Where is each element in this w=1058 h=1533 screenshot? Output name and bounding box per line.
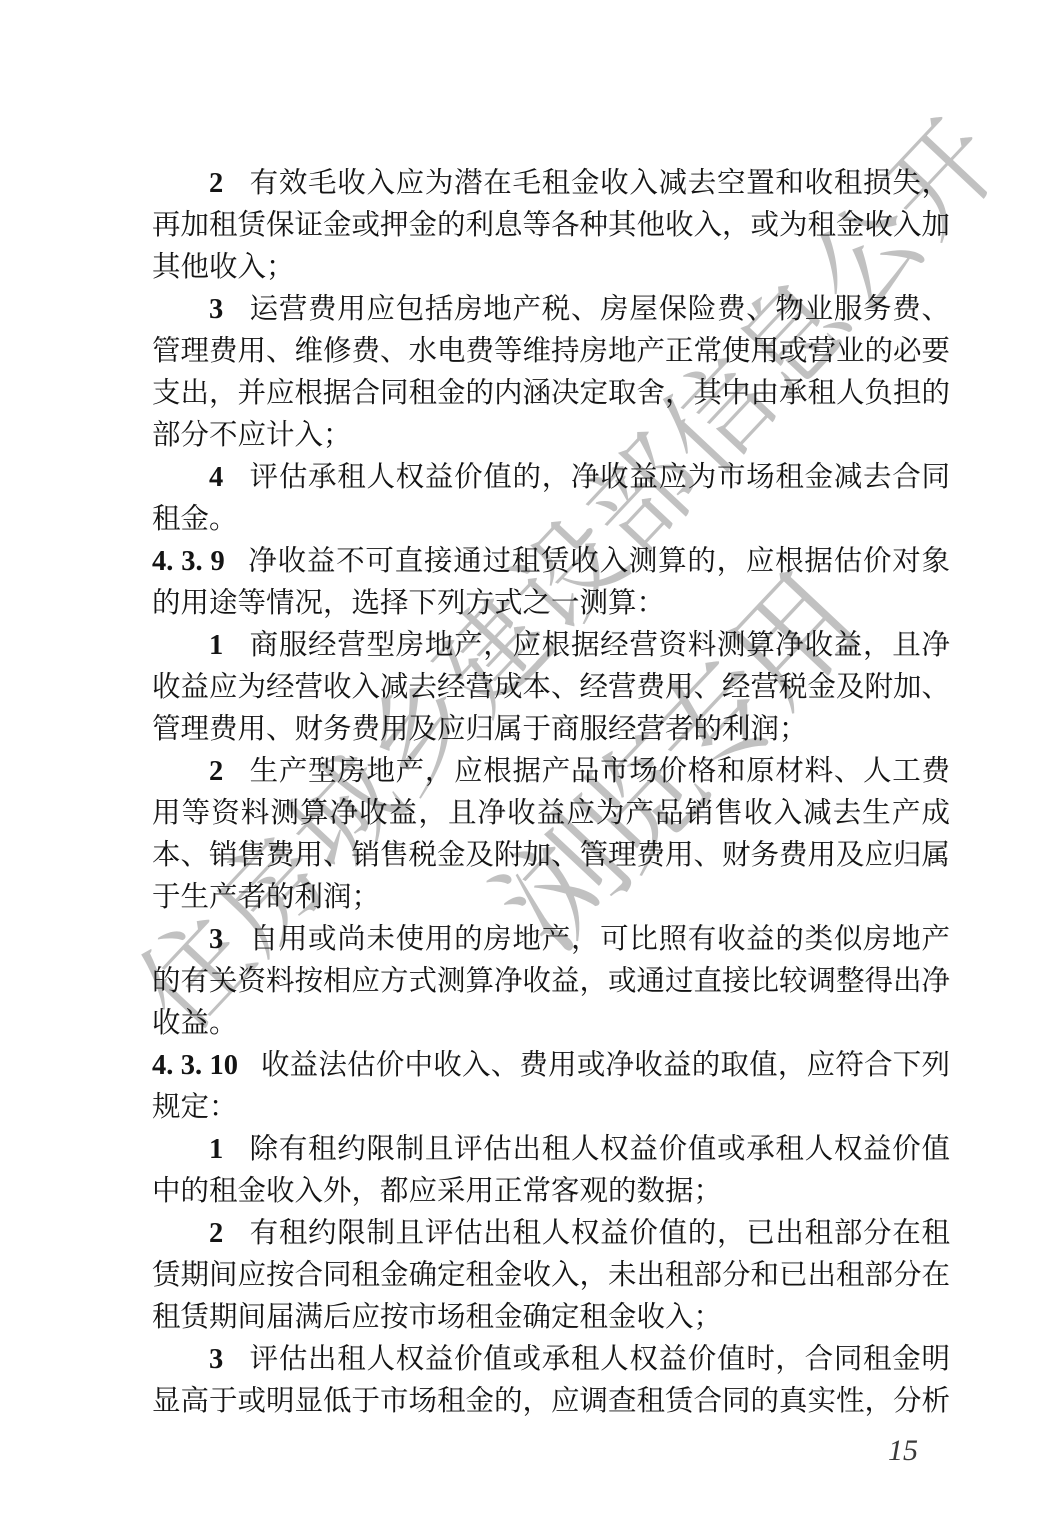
- paragraph-item: 2有租约限制且评估出租人权益价值的，已出租部分在租赁期间应按合同租金确定租金收入…: [152, 1213, 950, 1339]
- item-number: 3: [209, 924, 223, 955]
- item-number: 1: [209, 630, 223, 661]
- paragraph-text: 有效毛收入应为潜在毛租金收入减去空置和收租损失，再加租赁保证金或押金的利息等各种…: [152, 168, 950, 283]
- item-number: 4: [209, 462, 223, 493]
- paragraph-item: 3评估出租人权益价值或承租人权益价值时，合同租金明显高于或明显低于市场租金的，应…: [152, 1339, 950, 1423]
- paragraph-item: 3运营费用应包括房地产税、房屋保险费、物业服务费、管理费用、维修费、水电费等维持…: [152, 289, 950, 457]
- paragraph-text: 收益法估价中收入、费用或净收益的取值，应符合下列规定：: [152, 1050, 950, 1123]
- paragraph-item: 3自用或尚未使用的房地产，可比照有收益的类似房地产的有关资料按相应方式测算净收益…: [152, 919, 950, 1045]
- paragraph-item: 1除有租约限制且评估出租人权益价值或承租人权益价值中的租金收入外，都应采用正常客…: [152, 1129, 950, 1213]
- paragraph-item: 1商服经营型房地产，应根据经营资料测算净收益，且净收益应为经营收入减去经营成本、…: [152, 625, 950, 751]
- paragraph-text: 自用或尚未使用的房地产，可比照有收益的类似房地产的有关资料按相应方式测算净收益，…: [152, 924, 950, 1039]
- item-number: 2: [209, 756, 223, 787]
- section-number: 4. 3. 9: [152, 546, 225, 577]
- document-text-block: 2有效毛收入应为潜在毛租金收入减去空置和收租损失，再加租赁保证金或押金的利息等各…: [152, 163, 950, 1423]
- item-number: 3: [209, 1344, 223, 1375]
- document-page: { "watermark": { "line1": "住房城乡建设部信息公开",…: [0, 0, 1058, 1533]
- paragraph-text: 评估出租人权益价值或承租人权益价值时，合同租金明显高于或明显低于市场租金的，应调…: [152, 1344, 950, 1417]
- paragraph-text: 运营费用应包括房地产税、房屋保险费、物业服务费、管理费用、维修费、水电费等维持房…: [152, 294, 950, 451]
- paragraph-text: 商服经营型房地产，应根据经营资料测算净收益，且净收益应为经营收入减去经营成本、经…: [152, 630, 950, 745]
- item-number: 2: [209, 1218, 223, 1249]
- item-number: 1: [209, 1134, 223, 1165]
- paragraph-item: 2生产型房地产，应根据产品市场价格和原材料、人工费用等资料测算净收益，且净收益应…: [152, 751, 950, 919]
- item-number: 2: [209, 168, 223, 199]
- item-number: 3: [209, 294, 223, 325]
- paragraph-section-4-3-10: 4. 3. 10收益法估价中收入、费用或净收益的取值，应符合下列规定：: [152, 1045, 950, 1129]
- paragraph-item: 4评估承租人权益价值的，净收益应为市场租金减去合同租金。: [152, 457, 950, 541]
- paragraph-text: 有租约限制且评估出租人权益价值的，已出租部分在租赁期间应按合同租金确定租金收入，…: [152, 1218, 950, 1333]
- paragraph-item: 2有效毛收入应为潜在毛租金收入减去空置和收租损失，再加租赁保证金或押金的利息等各…: [152, 163, 950, 289]
- paragraph-text: 除有租约限制且评估出租人权益价值或承租人权益价值中的租金收入外，都应采用正常客观…: [152, 1134, 950, 1207]
- page-number: 15: [888, 1434, 918, 1468]
- paragraph-text: 评估承租人权益价值的，净收益应为市场租金减去合同租金。: [152, 462, 950, 535]
- paragraph-text: 生产型房地产，应根据产品市场价格和原材料、人工费用等资料测算净收益，且净收益应为…: [152, 756, 950, 913]
- paragraph-section-4-3-9: 4. 3. 9净收益不可直接通过租赁收入测算的，应根据估价对象的用途等情况，选择…: [152, 541, 950, 625]
- paragraph-text: 净收益不可直接通过租赁收入测算的，应根据估价对象的用途等情况，选择下列方式之一测…: [152, 546, 950, 619]
- section-number: 4. 3. 10: [152, 1050, 238, 1081]
